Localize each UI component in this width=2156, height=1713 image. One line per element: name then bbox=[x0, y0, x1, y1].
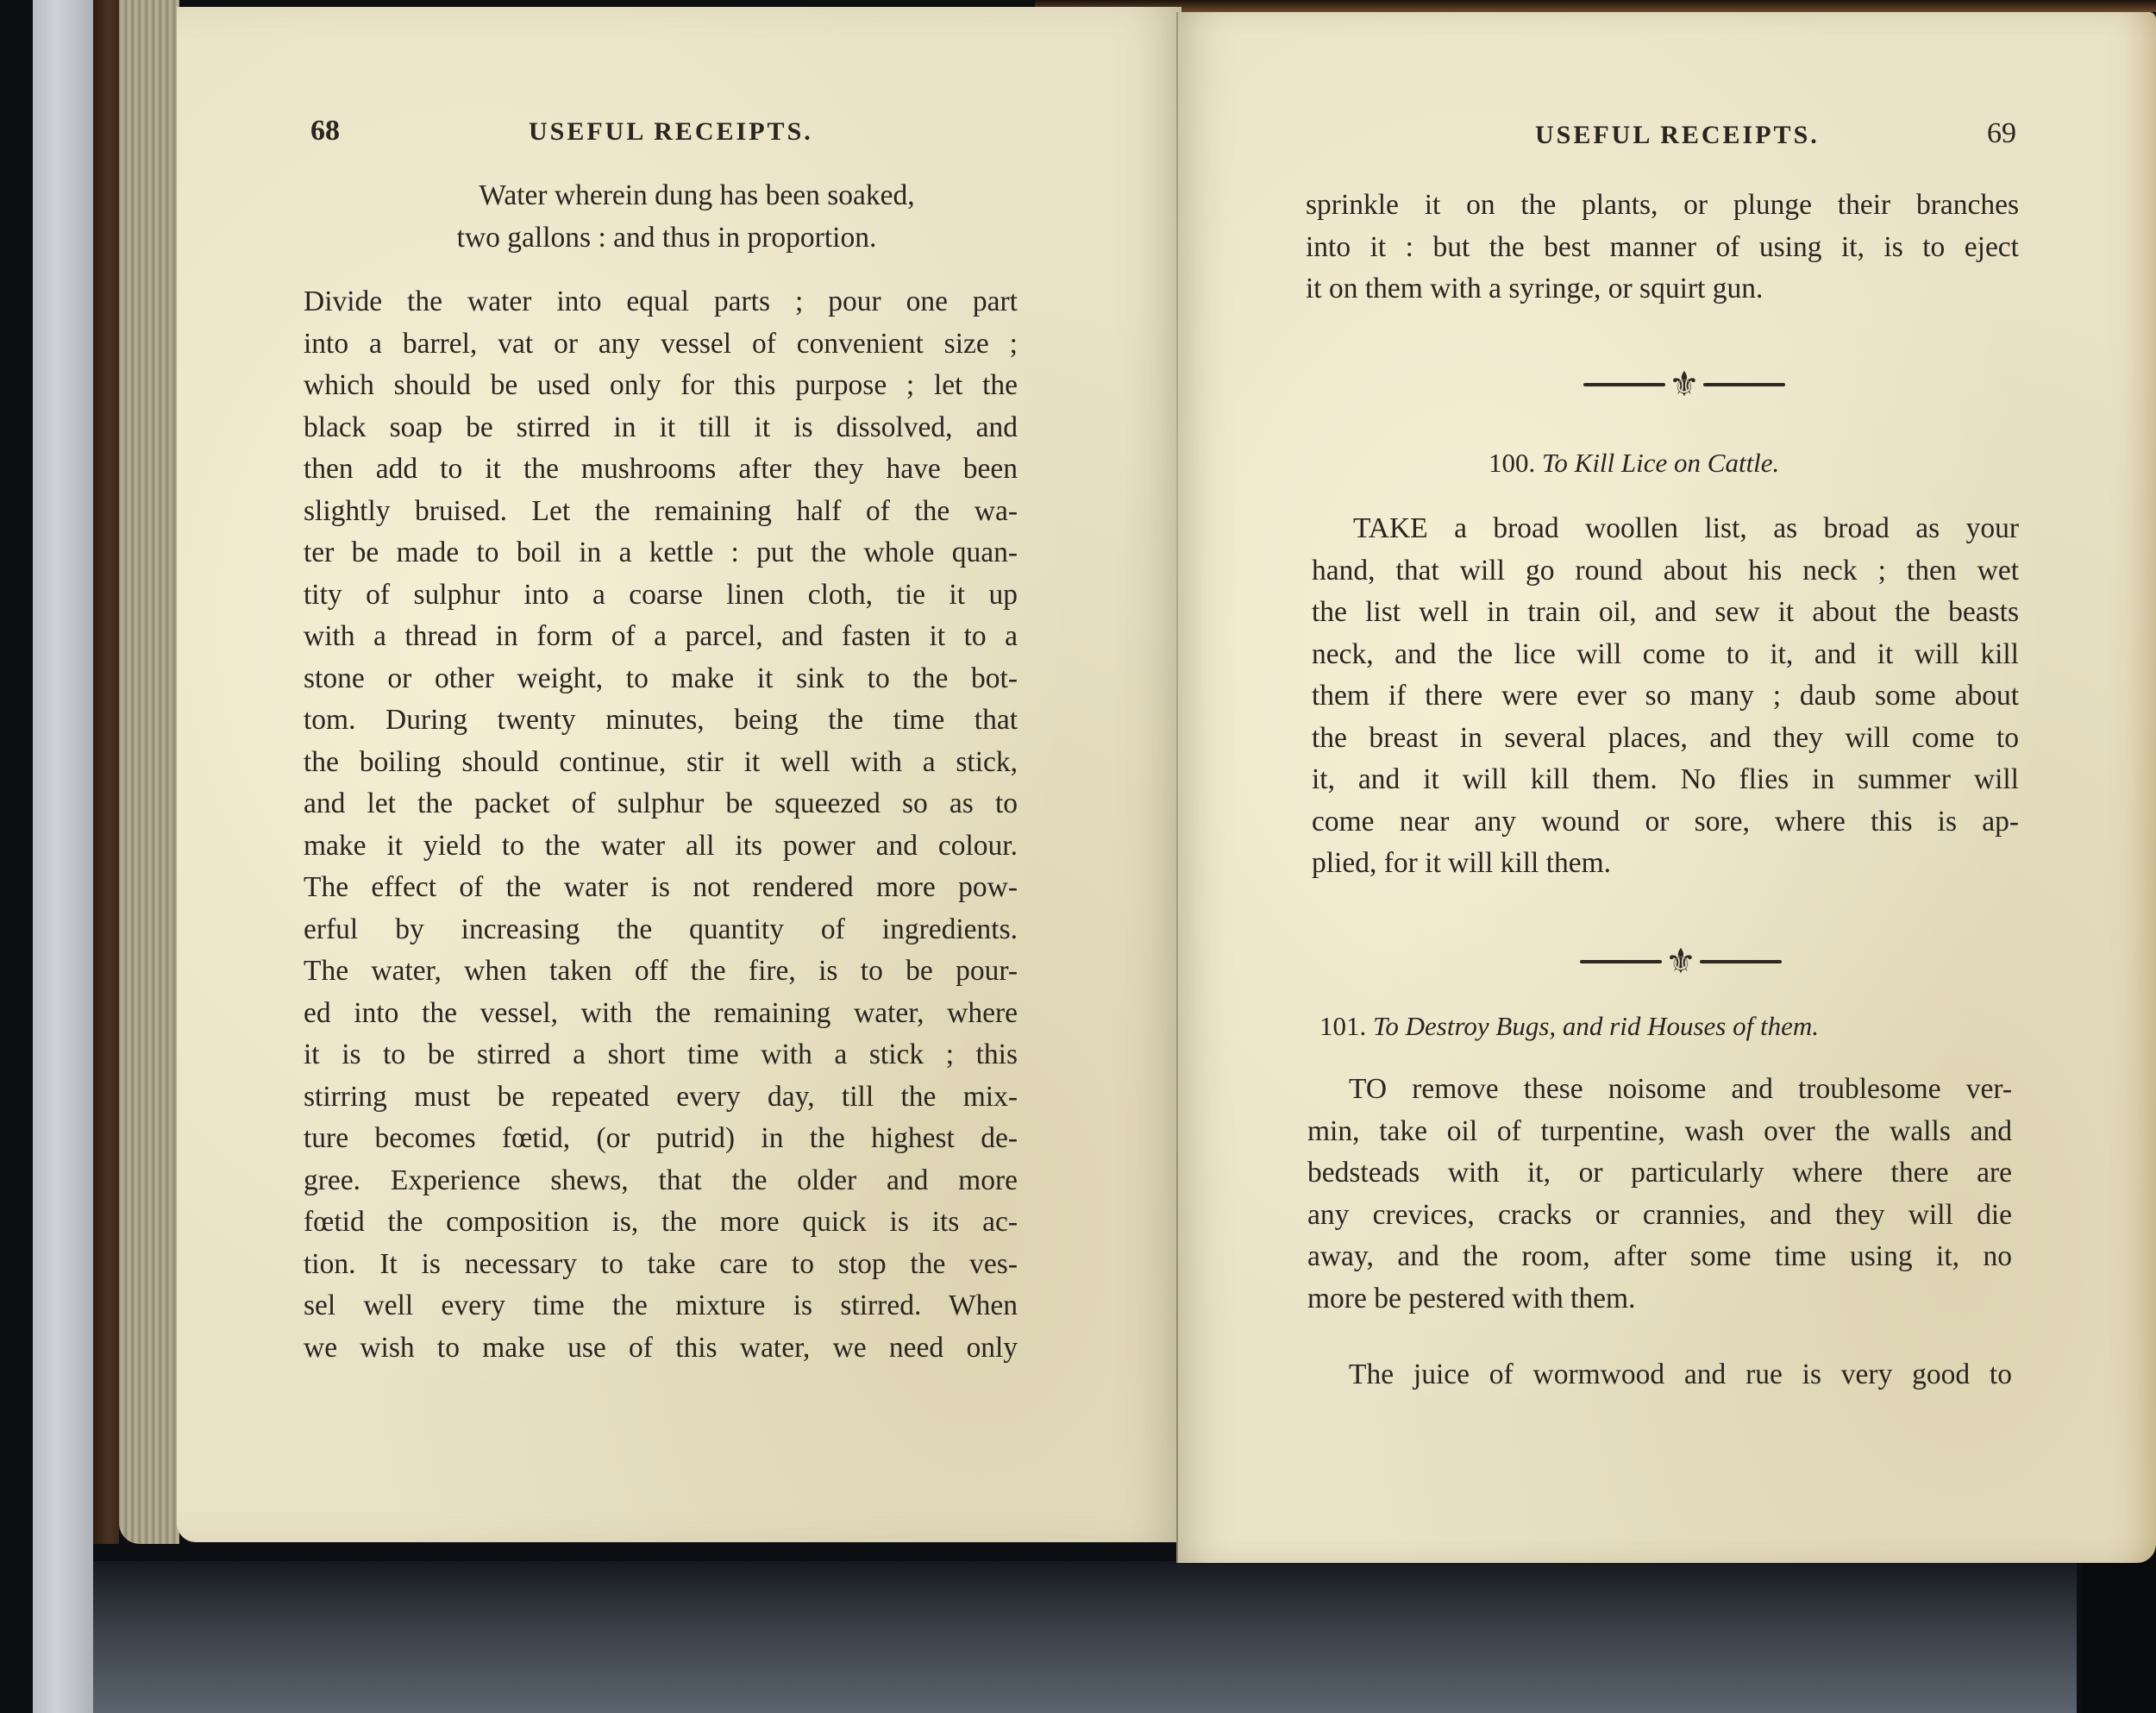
text-line: TAKE a broad woollen list, as broad as y… bbox=[1312, 508, 2019, 550]
text-line: black soap be stirred in it till it is d… bbox=[304, 407, 1018, 449]
text-line: and let the packet of sulphur be squeeze… bbox=[304, 783, 1018, 825]
text-line: ed into the vessel, with the remaining w… bbox=[304, 993, 1018, 1035]
text-line: the boiling should continue, stir it wel… bbox=[304, 742, 1018, 784]
text-line: away, and the room, after some time usin… bbox=[1307, 1236, 2012, 1278]
text-line: bedsteads with it, or particularly where… bbox=[1307, 1152, 2012, 1195]
section-heading-101: 101. To Destroy Bugs, and rid Houses of … bbox=[1319, 1011, 1819, 1042]
page-block-edges bbox=[119, 0, 179, 1544]
running-head: USEFUL RECEIPTS. bbox=[1535, 121, 1820, 150]
text-line: then add to it the mushrooms after they … bbox=[304, 449, 1018, 491]
section-title: To Destroy Bugs, and rid Houses of them. bbox=[1373, 1011, 1819, 1041]
text-line: The effect of the water is not rendered … bbox=[304, 867, 1018, 909]
text-line: into a barrel, vat or any vessel of conv… bbox=[304, 323, 1018, 366]
text-line: it, and it will kill them. No flies in s… bbox=[1312, 759, 2019, 801]
text-line: erful by increasing the quantity of ingr… bbox=[304, 909, 1018, 951]
text-line: slightly bruised. Let the remaining half… bbox=[304, 491, 1018, 533]
divider-rule bbox=[1700, 960, 1782, 963]
section-divider: ⚜ bbox=[1580, 944, 1782, 979]
text-line: ter be made to boil in a kettle : put th… bbox=[304, 532, 1018, 574]
text-line: Divide the water into equal parts ; pour… bbox=[304, 281, 1018, 323]
text-line: gree. Experience shews, that the older a… bbox=[304, 1160, 1018, 1202]
text-line: The water, when taken off the fire, is t… bbox=[304, 951, 1018, 993]
text-line: them if there were ever so many ; daub s… bbox=[1312, 675, 2019, 718]
text-line: TO remove these noisome and troublesome … bbox=[1307, 1069, 2012, 1111]
text-line: ture becomes fœtid, (or putrid) in the h… bbox=[304, 1118, 1018, 1160]
text-line: which should be used only for this purpo… bbox=[304, 365, 1018, 407]
section-number: 101. bbox=[1319, 1011, 1366, 1041]
section-title: To Kill Lice on Cattle. bbox=[1542, 448, 1779, 478]
text-line: The juice of wormwood and rue is very go… bbox=[1307, 1354, 2012, 1396]
text-line: min, take oil of turpentine, wash over t… bbox=[1307, 1111, 2012, 1153]
text-line: we wish to make use of this water, we ne… bbox=[304, 1327, 1018, 1370]
text-line: make it yield to the water all its power… bbox=[304, 825, 1018, 868]
section-101-body: TO remove these noisome and troublesome … bbox=[1307, 1069, 2012, 1320]
text-line: sprinkle it on the plants, or plunge the… bbox=[1306, 185, 2019, 227]
divider-rule bbox=[1583, 383, 1665, 386]
text-line: sel well every time the mixture is stirr… bbox=[304, 1285, 1018, 1327]
scanner-right-edge bbox=[2083, 1553, 2156, 1713]
text-line: fœtid the composition is, the more quick… bbox=[304, 1202, 1018, 1244]
text-line: any crevices, cracks or crannies, and th… bbox=[1307, 1195, 2012, 1237]
section-divider: ⚜ bbox=[1583, 367, 1785, 402]
text-line: hand, that will go round about his neck … bbox=[1312, 550, 2019, 593]
fleur-de-lis-icon: ⚜ bbox=[1669, 367, 1700, 402]
section-heading-100: 100. To Kill Lice on Cattle. bbox=[1489, 448, 1779, 479]
text-line: the list well in train oil, and sew it a… bbox=[1312, 592, 2019, 634]
body-text: Divide the water into equal parts ; pour… bbox=[304, 281, 1018, 1369]
text-line: it on them with a syringe, or squirt gun… bbox=[1306, 268, 2019, 311]
ingredient-line: Water wherein dung has been soaked, bbox=[304, 175, 1029, 217]
text-line: into it : but the best manner of using i… bbox=[1306, 227, 2019, 269]
divider-rule bbox=[1703, 383, 1785, 386]
ingredient-block: Water wherein dung has been soaked, two … bbox=[304, 175, 1029, 259]
text-line: come near any wound or sore, where this … bbox=[1312, 801, 2019, 844]
text-line: neck, and the lice will come to it, and … bbox=[1312, 634, 2019, 676]
text-line: stone or other weight, to make it sink t… bbox=[304, 658, 1018, 700]
text-line: more be pestered with them. bbox=[1307, 1278, 2012, 1321]
right-page: USEFUL RECEIPTS. 69 sprinkle it on the p… bbox=[1178, 12, 2156, 1563]
text-line: tom. During twenty minutes, being the ti… bbox=[304, 700, 1018, 742]
continuation-text: sprinkle it on the plants, or plunge the… bbox=[1306, 185, 2019, 311]
section-100-body: TAKE a broad woollen list, as broad as y… bbox=[1312, 508, 2019, 885]
book-cover-edge bbox=[93, 0, 119, 1544]
next-paragraph: The juice of wormwood and rue is very go… bbox=[1307, 1354, 2012, 1396]
text-line: plied, for it will kill them. bbox=[1312, 843, 2019, 885]
page-number: 68 bbox=[310, 115, 340, 147]
running-head: USEFUL RECEIPTS. bbox=[529, 117, 813, 147]
section-number: 100. bbox=[1489, 448, 1535, 478]
scanner-bottom-shadow bbox=[93, 1561, 2077, 1713]
text-line: the breast in several places, and they w… bbox=[1312, 718, 2019, 760]
scanner-light-strip bbox=[33, 0, 93, 1713]
left-page: 68 USEFUL RECEIPTS. Water wherein dung h… bbox=[177, 7, 1181, 1542]
text-line: tity of sulphur into a coarse linen clot… bbox=[304, 574, 1018, 617]
text-line: it is to be stirred a short time with a … bbox=[304, 1034, 1018, 1076]
page-number: 69 bbox=[1987, 117, 2016, 150]
fleur-de-lis-icon: ⚜ bbox=[1665, 944, 1696, 979]
ingredient-line: two gallons : and thus in proportion. bbox=[304, 217, 1029, 260]
text-line: with a thread in form of a parcel, and f… bbox=[304, 616, 1018, 658]
divider-rule bbox=[1580, 960, 1662, 963]
text-line: tion. It is necessary to take care to st… bbox=[304, 1244, 1018, 1286]
book-cover-top bbox=[1035, 0, 2156, 12]
text-line: stirring must be repeated every day, til… bbox=[304, 1076, 1018, 1119]
